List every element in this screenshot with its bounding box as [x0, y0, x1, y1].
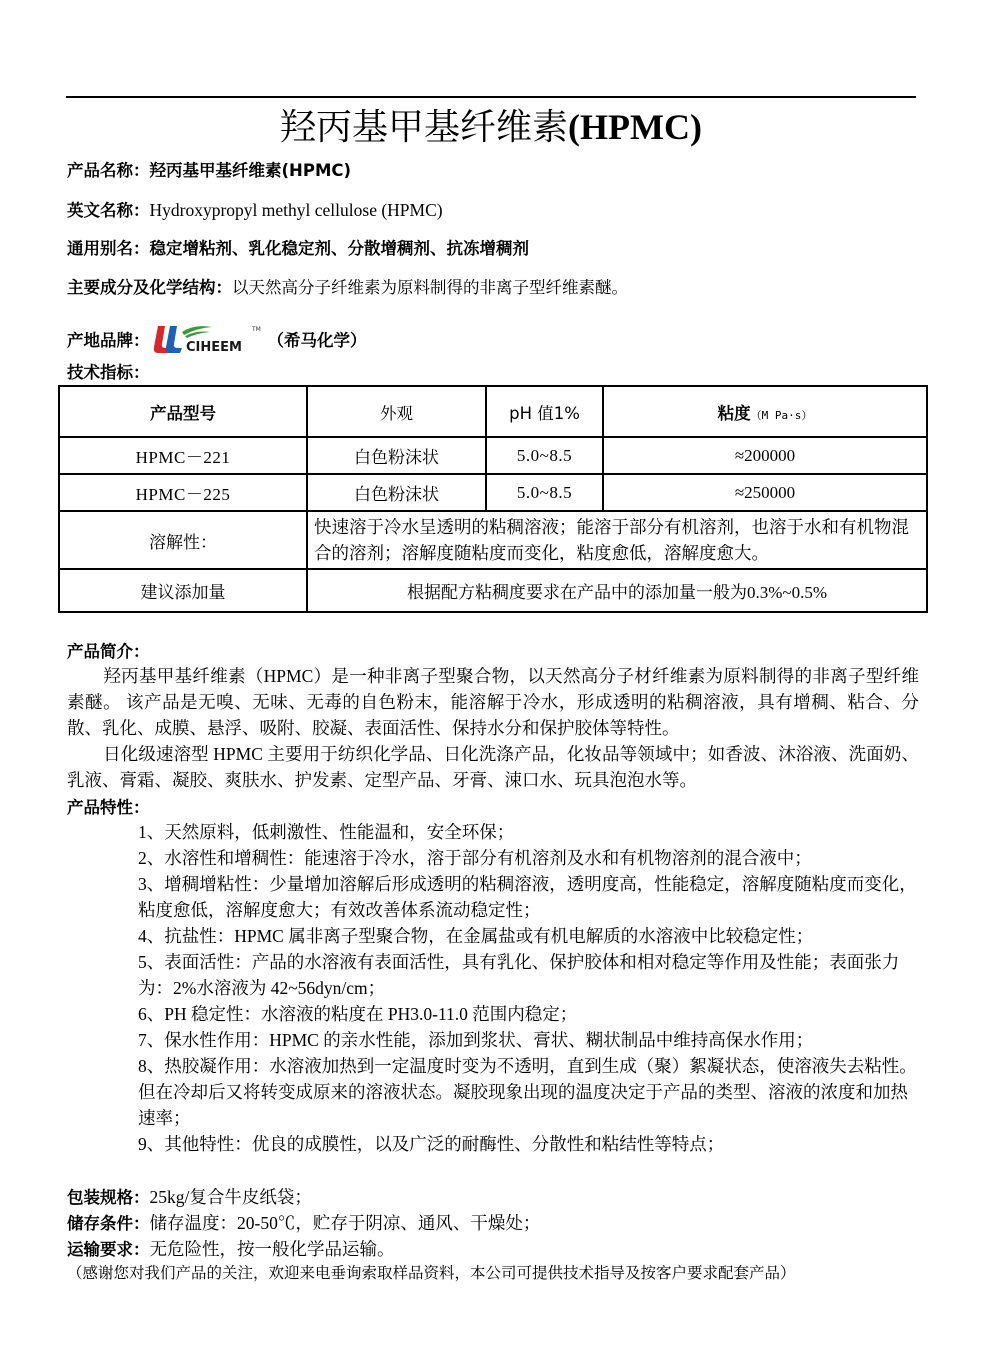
english-name-line: 英文名称：Hydroxypropyl methyl cellulose (HPM… — [67, 199, 443, 222]
intro-para2-text: 日化级速溶型 HPMC 主要用于纺织化学品、日化洗涤产品，化妆品等领域中；如香波… — [67, 744, 919, 790]
cell-viscosity: ≈200000 — [603, 437, 927, 474]
cell-model: HPMC－221 — [59, 437, 307, 474]
storage-value: 储存温度：20-50℃，贮存于阴凉、通风、干燥处； — [150, 1213, 541, 1233]
ciheem-logo: CIHEEM TM — [152, 322, 264, 354]
english-name-value: Hydroxypropyl methyl cellulose (HPMC) — [150, 200, 443, 220]
tech-heading-line: 技术指标： — [67, 362, 150, 384]
brand-name: （希马化学） — [268, 331, 367, 350]
storage-line: 储存条件：储存温度：20-50℃，贮存于阴凉、通风、干燥处； — [67, 1212, 540, 1235]
product-name-line: 产品名称：羟丙基甲基纤维素(HPMC) — [67, 160, 351, 182]
packaging-label: 包装规格： — [67, 1188, 150, 1207]
svg-text:CIHEEM: CIHEEM — [186, 340, 242, 354]
brand-label: 产地品牌： — [67, 331, 150, 350]
product-name-value: 羟丙基甲基纤维素(HPMC) — [150, 161, 352, 180]
cell-ph: 5.0~8.5 — [486, 474, 603, 511]
spec-table-header: 产品型号 外观 pH 值1% 粘度（M Pa·s） — [59, 386, 927, 437]
feature-item: 1、天然原料，低刺激性、性能温和，安全环保； — [138, 819, 918, 845]
product-name-label: 产品名称： — [67, 161, 150, 180]
dosage-row: 建议添加量 根据配方粘稠度要求在产品中的添加量一般为0.3%~0.5% — [59, 569, 927, 612]
transport-label: 运输要求： — [67, 1240, 150, 1259]
header-ph: pH 值1% — [486, 386, 603, 437]
solubility-label: 溶解性： — [59, 511, 307, 569]
dosage-label: 建议添加量 — [59, 569, 307, 612]
header-viscosity: 粘度（M Pa·s） — [603, 386, 927, 437]
intro-para1-text: 羟丙基甲基纤维素（HPMC）是一种非离子型聚合物，以天然高分子材纤维素为原料制得… — [67, 666, 919, 738]
composition-line: 主要成分及化学结构：以天然高分子纤维素为原料制得的非离子型纤维素醚。 — [67, 277, 628, 299]
storage-label: 储存条件： — [67, 1214, 150, 1233]
top-rule — [66, 96, 916, 98]
spec-table: 产品型号 外观 pH 值1% 粘度（M Pa·s） HPMC－221 白色粉沫状… — [58, 385, 928, 613]
solubility-row: 溶解性： 快速溶于冷水呈透明的粘稠溶液；能溶于部分有机溶剂，也溶于水和有机物混合… — [59, 511, 927, 569]
table-row: HPMC－221 白色粉沫状 5.0~8.5 ≈200000 — [59, 437, 927, 474]
packaging-value: 25kg/复合牛皮纸袋； — [150, 1187, 312, 1207]
features-list: 1、天然原料，低刺激性、性能温和，安全环保； 2、水溶性和增稠性：能速溶于冷水，… — [138, 819, 918, 1157]
alias-value: 稳定增粘剂、乳化稳定剂、分散增稠剂、抗冻增稠剂 — [150, 239, 530, 258]
features-heading-line: 产品特性： — [67, 797, 150, 819]
intro-heading: 产品简介： — [67, 642, 150, 661]
cell-model: HPMC－225 — [59, 474, 307, 511]
brand-line: 产地品牌： CIHEEM TM （希马化学） — [67, 326, 367, 358]
tech-label: 技术指标： — [67, 363, 150, 382]
alias-label: 通用别名： — [67, 239, 150, 258]
dosage-value: 根据配方粘稠度要求在产品中的添加量一般为0.3%~0.5% — [307, 569, 927, 612]
feature-item: 6、PH 稳定性：水溶液的粘度在 PH3.0-11.0 范围内稳定； — [138, 1001, 918, 1027]
feature-item: 2、水溶性和增稠性：能速溶于冷水，溶于部分有机溶剂及水和有机物溶剂的混合液中； — [138, 845, 918, 871]
cell-appearance: 白色粉沫状 — [307, 474, 486, 511]
header-appearance: 外观 — [307, 386, 486, 437]
header-model: 产品型号 — [59, 386, 307, 437]
cell-appearance: 白色粉沫状 — [307, 437, 486, 474]
feature-item: 7、保水性作用：HPMC 的亲水性能，添加到浆状、膏状、糊状制品中维持高保水作用… — [138, 1027, 918, 1053]
feature-item: 5、表面活性：产品的水溶液有表面活性，具有乳化、保护胶体和相对稳定等作用及性能；… — [138, 949, 918, 1001]
solubility-value: 快速溶于冷水呈透明的粘稠溶液；能溶于部分有机溶剂，也溶于水和有机物混合的溶剂；溶… — [307, 511, 927, 569]
feature-item: 8、热胶凝作用：水溶液加热到一定温度时变为不透明，直到生成（聚）絮凝状态，使溶液… — [138, 1053, 918, 1131]
feature-item: 9、其他特性：优良的成膜性，以及广泛的耐酶性、分散性和粘结性等特点； — [138, 1131, 918, 1157]
features-heading: 产品特性： — [67, 798, 150, 817]
english-name-label: 英文名称： — [67, 201, 150, 220]
alias-line: 通用别名：稳定增粘剂、乳化稳定剂、分散增稠剂、抗冻增稠剂 — [67, 238, 529, 260]
cell-viscosity: ≈250000 — [603, 474, 927, 511]
transport-value: 无危险性，按一般化学品运输。 — [150, 1239, 395, 1259]
ciheem-logo-icon: CIHEEM TM — [152, 322, 264, 354]
svg-text:TM: TM — [251, 326, 261, 333]
header-viscosity-label: 粘度 — [718, 404, 751, 423]
document-title: 羟丙基甲基纤维素(HPMC) — [0, 104, 982, 150]
intro-heading-line: 产品简介： — [67, 641, 150, 663]
transport-line: 运输要求：无危险性，按一般化学品运输。 — [67, 1238, 395, 1261]
header-viscosity-unit: （M Pa·s） — [751, 409, 813, 422]
packaging-line: 包装规格：25kg/复合牛皮纸袋； — [67, 1186, 312, 1209]
title-cn: 羟丙基甲基纤维素 — [280, 107, 568, 147]
table-row: HPMC－225 白色粉沫状 5.0~8.5 ≈250000 — [59, 474, 927, 511]
composition-label: 主要成分及化学结构： — [67, 278, 232, 297]
feature-item: 3、增稠增粘性：少量增加溶解后形成透明的粘稠溶液，透明度高，性能稳定，溶解度随粘… — [138, 871, 918, 923]
footer-note: （感谢您对我们产品的关注，欢迎来电垂询索取样品资料，本公司可提供技术指导及按客户… — [67, 1264, 796, 1284]
cell-ph: 5.0~8.5 — [486, 437, 603, 474]
composition-value: 以天然高分子纤维素为原料制得的非离子型纤维素醚。 — [232, 278, 628, 297]
intro-paragraph-1: 羟丙基甲基纤维素（HPMC）是一种非离子型聚合物，以天然高分子材纤维素为原料制得… — [67, 663, 919, 741]
title-en: (HPMC) — [568, 107, 702, 147]
feature-item: 4、抗盐性：HPMC 属非离子型聚合物，在金属盐或有机电解质的水溶液中比较稳定性… — [138, 923, 918, 949]
intro-paragraph-2: 日化级速溶型 HPMC 主要用于纺织化学品、日化洗涤产品，化妆品等领域中；如香波… — [67, 741, 919, 793]
